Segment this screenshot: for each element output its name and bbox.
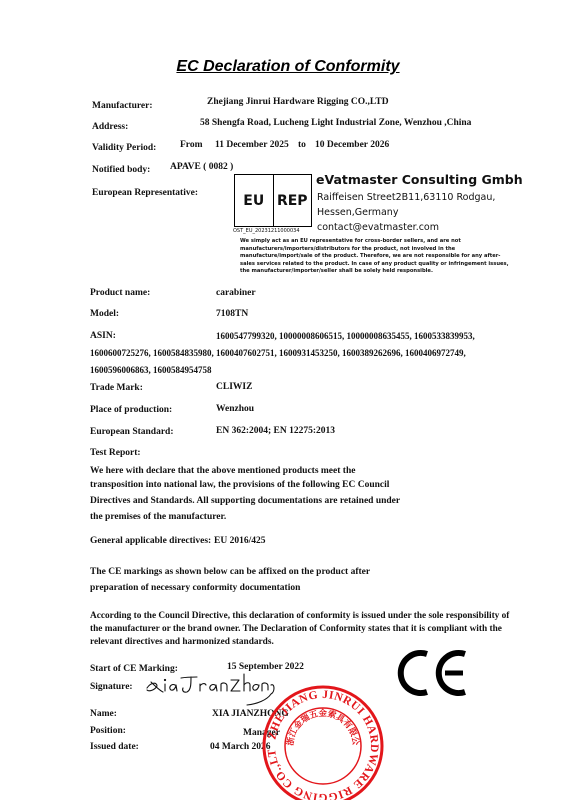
test-report-label: Test Report: [90, 448, 141, 458]
address-value: 58 Shengfa Road, Lucheng Light Industria… [200, 118, 471, 128]
directives-value: EU 2016/425 [214, 536, 265, 546]
name-label: Name: [90, 709, 117, 719]
declaration-line-2: transposition into national law, the pro… [90, 477, 389, 493]
eu-rep-label: European Representative: [92, 188, 198, 198]
validity-from-date: 11 December 2025 [215, 140, 289, 150]
signature-label: Signature: [90, 682, 133, 692]
declaration-line-4: the premises of the manufacturer. [90, 509, 226, 525]
validity-to-date: 10 December 2026 [315, 140, 389, 150]
validity-to-word: to [298, 140, 306, 150]
council-text-line-2: the manufacturer or the brand owner. The… [90, 623, 502, 636]
asin-line-2: 1600600725276, 1600584835980, 1600407602… [90, 348, 466, 358]
eu-rep-address-line1: Raiffeisen Street2B11,63110 Rodgau, [317, 192, 495, 203]
place-of-production-value: Wenzhou [216, 404, 254, 414]
model-value: 7108TN [216, 309, 248, 319]
trade-mark-value: CLIWIZ [216, 382, 252, 392]
asin-line-1: 1600547799320, 10000008606515, 100000086… [216, 331, 475, 341]
eu-rep-registration-id: OST_EU_20231211000034 [233, 228, 300, 234]
position-label: Position: [90, 726, 126, 736]
european-standard-value: EN 362:2004; EN 12275:2013 [216, 426, 335, 436]
eu-rep-company: eVatmaster Consulting Gmbh [316, 172, 523, 187]
ce-text-line-1: The CE markings as shown below can be af… [90, 564, 370, 580]
declaration-line-3: Directives and Standards. All supporting… [90, 493, 400, 509]
eu-rep-address-line2: Hessen,Germany [317, 207, 398, 218]
rep-badge-cell: REP [273, 175, 312, 226]
eu-badge-cell: EU [235, 175, 273, 226]
company-seal-stamp: ZHEJIANG JINRUI HARDWARE RIGGING CO.,LTD… [262, 685, 384, 800]
manufacturer-label: Manufacturer: [92, 101, 153, 111]
asin-line-3: 1600596006863, 1600584954758 [90, 365, 212, 375]
model-label: Model: [90, 309, 119, 319]
council-text-line-3: relevant directives and harmonized stand… [90, 636, 274, 649]
manufacturer-value: Zhejiang Jinrui Hardware Rigging CO.,LTD [207, 97, 389, 107]
asin-label: ASIN: [90, 331, 116, 341]
validity-from-word: From [180, 140, 203, 150]
notified-body-value: APAVE ( 0082 ) [170, 162, 233, 172]
trade-mark-label: Trade Mark: [90, 383, 143, 393]
council-text-line-1: According to the Council Directive, this… [90, 610, 509, 623]
notified-body-label: Notified body: [92, 165, 150, 175]
handwritten-signature [145, 670, 275, 710]
eu-rep-email: contact@evatmaster.com [317, 222, 439, 233]
validity-label: Validity Period: [92, 143, 156, 153]
ce-mark-icon [393, 648, 473, 698]
issued-date-label: Issued date: [90, 742, 139, 752]
address-label: Address: [92, 122, 128, 132]
ce-text-line-2: preparation of necessary conformity docu… [90, 580, 300, 596]
directives-label: General applicable directives: [90, 536, 211, 546]
eu-rep-badge: EU REP [234, 174, 312, 227]
place-of-production-label: Place of production: [90, 405, 172, 415]
european-standard-label: European Standard: [90, 427, 174, 437]
eu-rep-disclaimer: We simply act as an EU representative fo… [240, 238, 515, 276]
product-name-label: Product name: [90, 288, 150, 298]
product-name-value: carabiner [216, 288, 256, 298]
document-title: EC Declaration of Conformity [0, 58, 576, 76]
